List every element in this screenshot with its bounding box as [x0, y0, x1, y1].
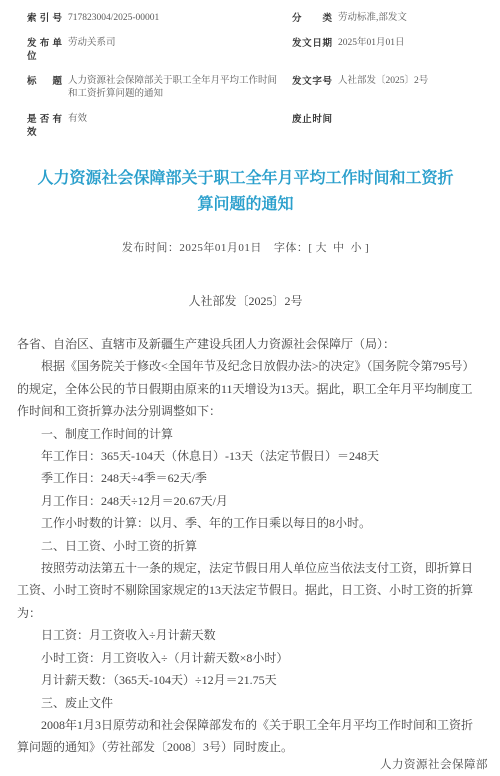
body-paragraph: 工作小时数的计算：以月、季、年的工作日乘以每日的8小时。 [17, 512, 474, 534]
meta-value: 人社部发〔2025〕2号 [338, 75, 490, 101]
meta-label: 分类 [292, 12, 338, 25]
body-paragraph: 二、日工资、小时工资的折算 [17, 535, 474, 557]
body-paragraph: 年工作日：365天-104天（休息日）-13天（法定节假日）＝248天 [17, 445, 474, 467]
font-size-small-button[interactable]: 小 [351, 242, 363, 254]
meta-value [338, 113, 490, 139]
publish-date: 2025年01月01日 [179, 242, 262, 254]
meta-value: 劳动关系司 [68, 37, 292, 63]
body-paragraph: 小时工资：月工资收入÷（月计薪天数×8小时） [17, 647, 474, 669]
body-paragraph: 月计薪天数：（365天-104天）÷12月＝21.75天 [17, 669, 474, 691]
font-size-large-button[interactable]: 大 [316, 242, 328, 254]
page-title: 人力资源社会保障部关于职工全年月平均工作时间和工资折算问题的通知 [31, 166, 460, 218]
meta-value: 劳动标准,部发文 [338, 12, 490, 25]
publish-time-label: 发布时间： [122, 242, 180, 254]
issuer-signature: 人力资源社会保障部 [380, 756, 488, 772]
meta-label: 标题 [27, 75, 68, 101]
meta-label: 发文日期 [292, 37, 338, 63]
body-paragraph: 根据《国务院关于修改<全国年节及纪念日放假办法>的决定》（国务院令第795号）的… [17, 355, 474, 422]
document-meta-table: 索引号717823004/2025-00001分类劳动标准,部发文发布单位劳动关… [0, 0, 500, 139]
font-size-label: 字体：[ [274, 242, 313, 254]
article-body: 各省、自治区、直辖市及新疆生产建设兵团人力资源社会保障厅（局）： 根据《国务院关… [17, 333, 474, 759]
body-paragraph: 月工作日：248天÷12月＝20.67天/月 [17, 490, 474, 512]
body-paragraph: 一、制度工作时间的计算 [17, 423, 474, 445]
body-paragraph: 日工资：月工资收入÷月计薪天数 [17, 624, 474, 646]
paragraph-list: 根据《国务院关于修改<全国年节及纪念日放假办法>的决定》（国务院令第795号）的… [17, 355, 474, 758]
document-number: 人社部发〔2025〕2号 [17, 292, 474, 309]
meta-label: 是否有效 [27, 113, 68, 139]
meta-label: 发布单位 [27, 37, 68, 63]
body-paragraph: 三、废止文件 [17, 692, 474, 714]
body-paragraph: 2008年1月3日原劳动和社会保障部发布的《关于职工全年月平均工作时间和工资折算… [17, 714, 474, 759]
meta-label: 索引号 [27, 12, 68, 25]
meta-value: 人力资源社会保障部关于职工全年月平均工作时间和工资折算问题的通知 [68, 75, 292, 101]
meta-label: 发文字号 [292, 75, 338, 101]
body-paragraph: 季工作日：248天÷4季＝62天/季 [17, 467, 474, 489]
document-page: 索引号717823004/2025-00001分类劳动标准,部发文发布单位劳动关… [0, 0, 500, 776]
salutation: 各省、自治区、直辖市及新疆生产建设兵团人力资源社会保障厅（局）： [17, 333, 474, 355]
article: 人力资源社会保障部关于职工全年月平均工作时间和工资折算问题的通知 发布时间：20… [0, 166, 500, 759]
meta-value: 717823004/2025-00001 [68, 12, 292, 25]
font-size-medium-button[interactable]: 中 [333, 242, 345, 254]
publish-line: 发布时间：2025年01月01日字体：[大中小] [17, 239, 474, 255]
meta-label: 废止时间 [292, 113, 338, 139]
font-size-bracket-close: ] [365, 242, 369, 254]
body-paragraph: 按照劳动法第五十一条的规定，法定节假日用人单位应当依法支付工资，即折算日工资、小… [17, 557, 474, 624]
meta-value: 2025年01月01日 [338, 37, 490, 63]
meta-value: 有效 [68, 113, 292, 139]
